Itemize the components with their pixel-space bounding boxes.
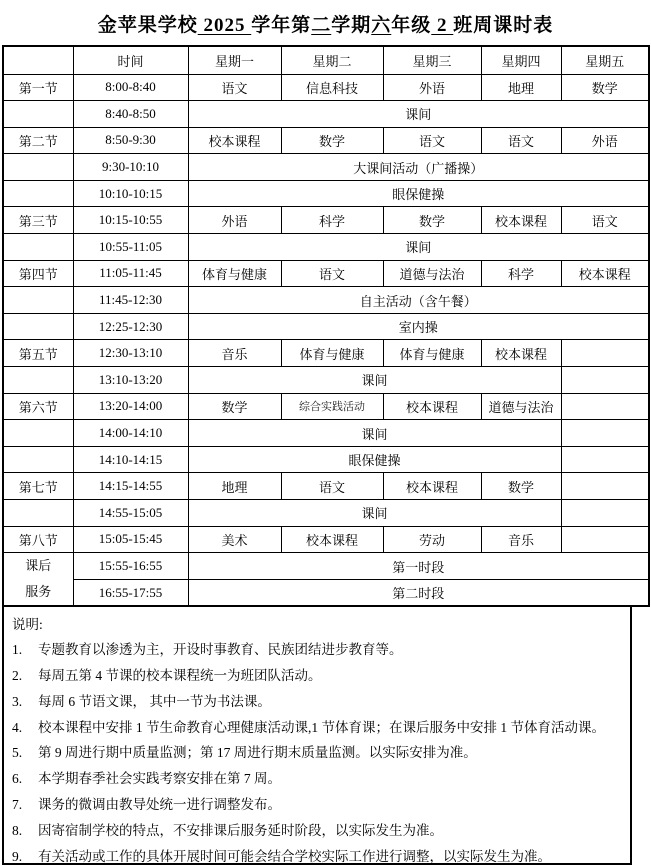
- merged-activity-cell: 课间: [188, 420, 561, 447]
- time-cell: 13:20-14:00: [73, 393, 188, 420]
- period-cell: [3, 313, 73, 340]
- time-cell: 14:00-14:10: [73, 420, 188, 447]
- subject-cell: 校本课程: [383, 473, 481, 500]
- period-cell: [3, 234, 73, 261]
- subject-cell: 地理: [188, 473, 281, 500]
- note-item: 4.校本课程中安排 1 节生命教育心理健康活动课,1 节体育课；在课后服务中安排…: [12, 715, 624, 741]
- note-text: 校本课程中安排 1 节生命教育心理健康活动课,1 节体育课；在课后服务中安排 1…: [38, 720, 605, 735]
- period-cell: [3, 367, 73, 394]
- period-cell: 第二节: [3, 127, 73, 154]
- merged-activity-cell: 课间: [188, 234, 649, 261]
- note-text: 有关活动或工作的具体开展时间可能会结合学校实际工作进行调整，以实际发生为准。: [38, 849, 551, 864]
- note-number: 6.: [12, 766, 38, 792]
- title-underlined-text: 六: [371, 15, 391, 36]
- time-cell: 8:40-8:50: [73, 101, 188, 128]
- title-text: 金苹果学校: [98, 15, 198, 36]
- schedule-row: 第二节8:50-9:30校本课程数学语文语文外语: [3, 127, 649, 154]
- period-cell: [3, 101, 73, 128]
- notes-list: 1.专题教育以渗透为主，开设时事教育、民族团结进步教育等。2.每周五第 4 节课…: [12, 637, 624, 866]
- schedule-row: 14:55-15:05课间: [3, 500, 649, 527]
- time-cell: 10:55-11:05: [73, 234, 188, 261]
- note-item: 3.每周 6 节语文课， 其中一节为书法课。: [12, 689, 624, 715]
- empty-cell: [561, 473, 649, 500]
- day-header: 星期五: [561, 46, 649, 74]
- day-header: 星期一: [188, 46, 281, 74]
- note-number: 5.: [12, 740, 38, 766]
- subject-cell: 道德与法治: [383, 260, 481, 287]
- time-cell: 8:50-9:30: [73, 127, 188, 154]
- time-cell: 14:15-14:55: [73, 473, 188, 500]
- schedule-row: 10:10-10:15眼保健操: [3, 180, 649, 207]
- subject-cell: 外语: [383, 74, 481, 101]
- subject-cell: 外语: [561, 127, 649, 154]
- notes-heading: 说明:: [12, 613, 624, 637]
- note-item: 6.本学期春季社会实践考察安排在第 7 周。: [12, 766, 624, 792]
- period-cell: [3, 500, 73, 527]
- note-number: 9.: [12, 844, 38, 866]
- title-underlined-text: 2025: [198, 15, 252, 36]
- subject-cell: 校本课程: [481, 207, 561, 234]
- schedule-row: 第六节13:20-14:00数学综合实践活动校本课程道德与法治: [3, 393, 649, 420]
- merged-activity-cell: 课间: [188, 500, 561, 527]
- schedule-row: 第七节14:15-14:55地理语文校本课程数学: [3, 473, 649, 500]
- subject-cell: 道德与法治: [481, 393, 561, 420]
- subject-cell: 劳动: [383, 526, 481, 553]
- period-cell: [3, 446, 73, 473]
- note-number: 8.: [12, 818, 38, 844]
- schedule-row: 14:10-14:15眼保健操: [3, 446, 649, 473]
- time-cell: 16:55-17:55: [73, 579, 188, 606]
- note-item: 9.有关活动或工作的具体开展时间可能会结合学校实际工作进行调整，以实际发生为准。: [12, 844, 624, 866]
- period-cell: 第三节: [3, 207, 73, 234]
- subject-cell: 数学: [481, 473, 561, 500]
- subject-cell: 体育与健康: [383, 340, 481, 367]
- empty-cell: [561, 446, 649, 473]
- period-cell: 第一节: [3, 74, 73, 101]
- subject-cell: 科学: [281, 207, 383, 234]
- subject-cell: 语文: [481, 127, 561, 154]
- subject-cell: 校本课程: [281, 526, 383, 553]
- schedule-row: 第五节12:30-13:10音乐体育与健康体育与健康校本课程: [3, 340, 649, 367]
- schedule-row: 12:25-12:30室内操: [3, 313, 649, 340]
- note-item: 1.专题教育以渗透为主，开设时事教育、民族团结进步教育等。: [12, 637, 624, 663]
- note-item: 2.每周五第 4 节课的校本课程统一为班团队活动。: [12, 663, 624, 689]
- header-row: 时间星期一星期二星期三星期四星期五: [3, 46, 649, 74]
- subject-cell: 语文: [281, 473, 383, 500]
- merged-activity-cell: 自主活动（含午餐）: [188, 287, 649, 314]
- schedule-row: 第四节11:05-11:45体育与健康语文道德与法治科学校本课程: [3, 260, 649, 287]
- merged-activity-cell: 第二时段: [188, 579, 649, 606]
- subject-cell: 校本课程: [561, 260, 649, 287]
- note-item: 7.课务的微调由教导处统一进行调整发布。: [12, 792, 624, 818]
- period-cell: 课后服务: [3, 553, 73, 607]
- note-number: 3.: [12, 689, 38, 715]
- time-cell: 12:25-12:30: [73, 313, 188, 340]
- period-cell: [3, 180, 73, 207]
- merged-activity-cell: 大课间活动（广播操）: [188, 154, 649, 181]
- time-cell: 10:15-10:55: [73, 207, 188, 234]
- note-number: 1.: [12, 637, 38, 663]
- merged-activity-cell: 第一时段: [188, 553, 649, 580]
- time-cell: 15:55-16:55: [73, 553, 188, 580]
- note-number: 2.: [12, 663, 38, 689]
- day-header: 星期二: [281, 46, 383, 74]
- schedule-row: 10:55-11:05课间: [3, 234, 649, 261]
- empty-cell: [561, 500, 649, 527]
- corner-header: [3, 46, 73, 74]
- note-number: 4.: [12, 715, 38, 741]
- note-text: 因寄宿制学校的特点，不安排课后服务延时阶段，以实际发生为准。: [38, 823, 443, 838]
- time-cell: 12:30-13:10: [73, 340, 188, 367]
- title-text: 学年第: [251, 15, 311, 36]
- note-item: 5.第 9 周进行期中质量监测；第 17 周进行期末质量监测。以实际安排为准。: [12, 740, 624, 766]
- period-cell: 第七节: [3, 473, 73, 500]
- subject-cell: 语文: [188, 74, 281, 101]
- timetable: 时间星期一星期二星期三星期四星期五 第一节8:00-8:40语文信息科技外语地理…: [2, 45, 650, 607]
- empty-cell: [561, 367, 649, 394]
- merged-activity-cell: 眼保健操: [188, 180, 649, 207]
- page-title: 金苹果学校 2025 学年第二学期六年级 2 班周课时表: [0, 0, 651, 45]
- note-text: 课务的微调由教导处统一进行调整发布。: [38, 797, 281, 812]
- period-cell: 第八节: [3, 526, 73, 553]
- schedule-row: 8:40-8:50课间: [3, 101, 649, 128]
- notes-section: 说明: 1.专题教育以渗透为主，开设时事教育、民族团结进步教育等。2.每周五第 …: [2, 607, 632, 865]
- merged-activity-cell: 课间: [188, 367, 561, 394]
- subject-cell: 数学: [188, 393, 281, 420]
- period-cell: 第五节: [3, 340, 73, 367]
- note-text: 每周 6 节语文课， 其中一节为书法课。: [38, 694, 271, 709]
- subject-cell: 音乐: [188, 340, 281, 367]
- subject-cell: 数学: [383, 207, 481, 234]
- note-text: 每周五第 4 节课的校本课程统一为班团队活动。: [38, 668, 322, 683]
- period-cell: [3, 154, 73, 181]
- subject-cell: 数学: [561, 74, 649, 101]
- time-cell: 13:10-13:20: [73, 367, 188, 394]
- period-cell: [3, 420, 73, 447]
- period-cell-line: 服务: [4, 579, 73, 605]
- schedule-row: 第八节15:05-15:45美术校本课程劳动音乐: [3, 526, 649, 553]
- timetable-body: 第一节8:00-8:40语文信息科技外语地理数学8:40-8:50课间第二节8:…: [3, 74, 649, 606]
- merged-activity-cell: 室内操: [188, 313, 649, 340]
- subject-cell: 校本课程: [188, 127, 281, 154]
- subject-cell: 地理: [481, 74, 561, 101]
- schedule-row: 第一节8:00-8:40语文信息科技外语地理数学: [3, 74, 649, 101]
- schedule-row: 9:30-10:10大课间活动（广播操）: [3, 154, 649, 181]
- title-underlined-text: 2: [431, 15, 453, 36]
- schedule-row: 第三节10:15-10:55外语科学数学校本课程语文: [3, 207, 649, 234]
- note-text: 本学期春季社会实践考察安排在第 7 周。: [38, 771, 281, 786]
- timetable-document: 金苹果学校 2025 学年第二学期六年级 2 班周课时表 时间星期一星期二星期三…: [0, 0, 651, 866]
- note-item: 8.因寄宿制学校的特点，不安排课后服务延时阶段，以实际发生为准。: [12, 818, 624, 844]
- subject-cell: 体育与健康: [281, 340, 383, 367]
- empty-cell: [561, 340, 649, 367]
- time-cell: 14:55-15:05: [73, 500, 188, 527]
- subject-cell: 校本课程: [383, 393, 481, 420]
- subject-cell: 体育与健康: [188, 260, 281, 287]
- merged-activity-cell: 眼保健操: [188, 446, 561, 473]
- subject-cell: 语文: [383, 127, 481, 154]
- time-cell: 11:05-11:45: [73, 260, 188, 287]
- schedule-row: 课后服务15:55-16:55第一时段: [3, 553, 649, 580]
- subject-cell: 音乐: [481, 526, 561, 553]
- title-text: 学期: [331, 15, 371, 36]
- note-text: 第 9 周进行期中质量监测；第 17 周进行期末质量监测。以实际安排为准。: [38, 745, 477, 760]
- subject-cell: 校本课程: [481, 340, 561, 367]
- subject-cell: 科学: [481, 260, 561, 287]
- subject-cell: 数学: [281, 127, 383, 154]
- subject-cell: 语文: [561, 207, 649, 234]
- empty-cell: [561, 420, 649, 447]
- period-cell: 第六节: [3, 393, 73, 420]
- schedule-row: 16:55-17:55第二时段: [3, 579, 649, 606]
- subject-cell: 美术: [188, 526, 281, 553]
- empty-cell: [561, 393, 649, 420]
- time-cell: 8:00-8:40: [73, 74, 188, 101]
- day-header: 星期四: [481, 46, 561, 74]
- subject-cell: 外语: [188, 207, 281, 234]
- time-cell: 9:30-10:10: [73, 154, 188, 181]
- subject-cell: 综合实践活动: [281, 393, 383, 420]
- title-text: 年级: [391, 15, 431, 36]
- time-cell: 15:05-15:45: [73, 526, 188, 553]
- subject-cell: 语文: [281, 260, 383, 287]
- note-text: 专题教育以渗透为主，开设时事教育、民族团结进步教育等。: [38, 642, 403, 657]
- time-cell: 11:45-12:30: [73, 287, 188, 314]
- time-cell: 14:10-14:15: [73, 446, 188, 473]
- schedule-row: 11:45-12:30自主活动（含午餐）: [3, 287, 649, 314]
- time-column-header: 时间: [73, 46, 188, 74]
- note-number: 7.: [12, 792, 38, 818]
- time-cell: 10:10-10:15: [73, 180, 188, 207]
- merged-activity-cell: 课间: [188, 101, 649, 128]
- schedule-row: 13:10-13:20课间: [3, 367, 649, 394]
- subject-cell: 信息科技: [281, 74, 383, 101]
- title-text: 班周课时表: [453, 15, 553, 36]
- period-cell-line: 课后: [4, 553, 73, 579]
- title-underlined-text: 二: [311, 15, 331, 36]
- period-cell: [3, 287, 73, 314]
- schedule-row: 14:00-14:10课间: [3, 420, 649, 447]
- empty-cell: [561, 526, 649, 553]
- period-cell: 第四节: [3, 260, 73, 287]
- day-header: 星期三: [383, 46, 481, 74]
